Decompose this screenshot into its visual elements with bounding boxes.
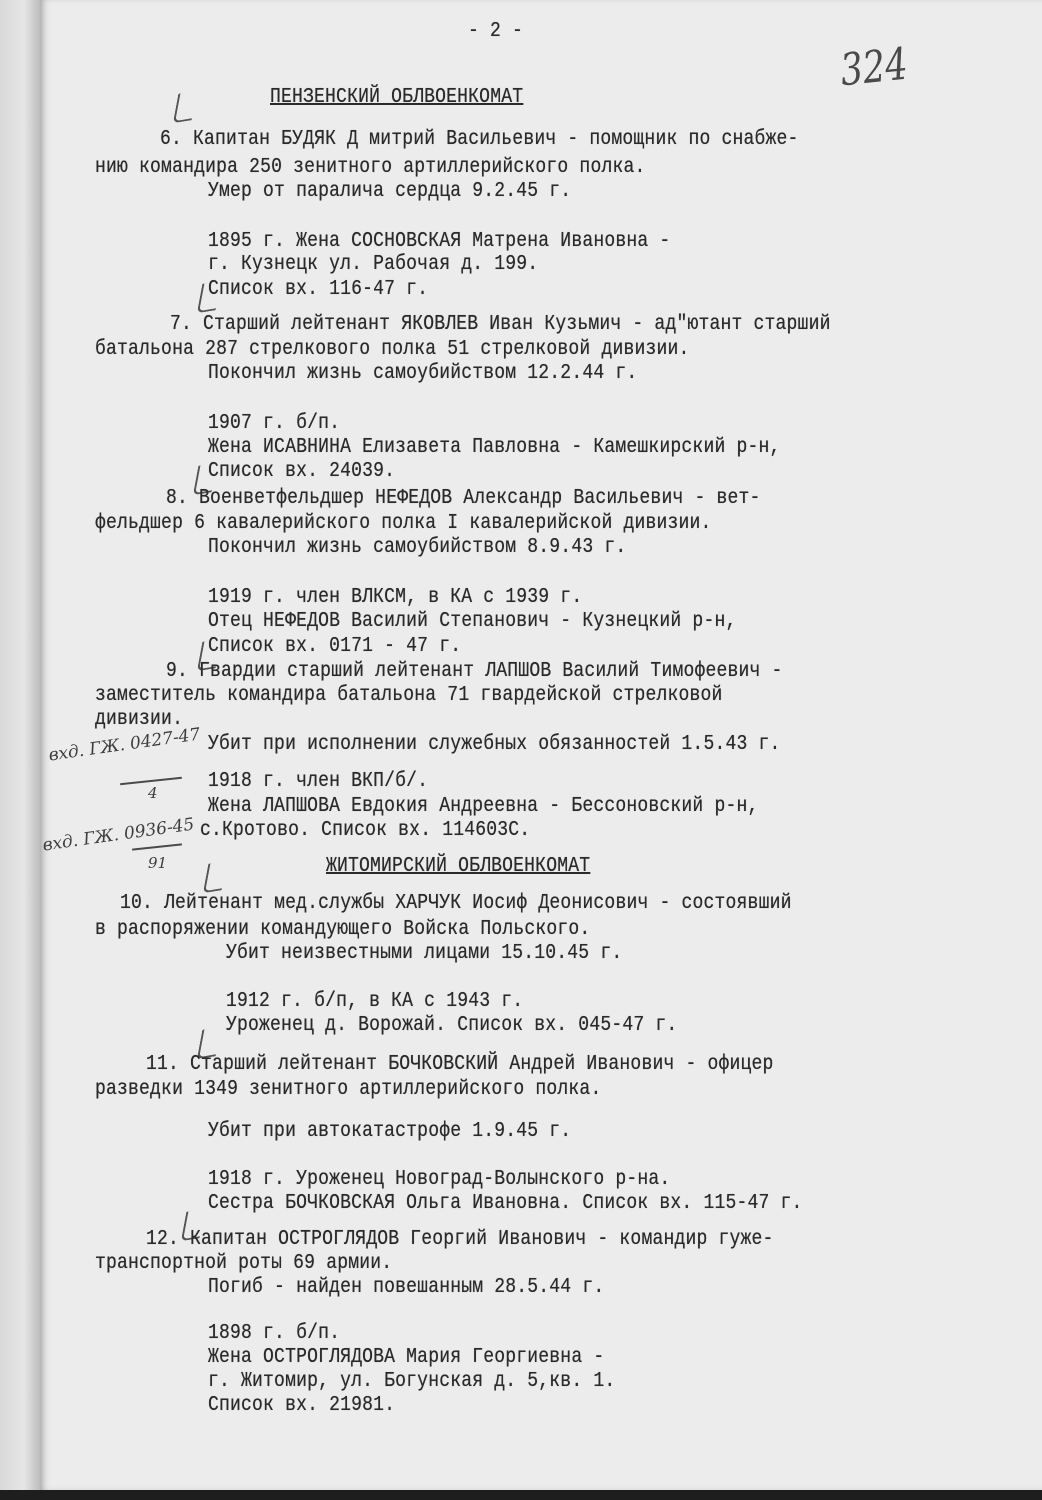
entry-8-line-5: Отец НЕФЕДОВ Василий Степанович - Кузнец… (208, 610, 736, 633)
entry-9-line-1: 9. Гвардии старший лейтенант ЛАПШОВ Васи… (166, 660, 783, 683)
entry-11-line-4: 1918 г. Уроженец Новоград-Волынского р-н… (208, 1168, 670, 1191)
entry-12-line-3: Погиб - найден повешанным 28.5.44 г. (208, 1276, 604, 1299)
entry-8-line-2: фельдшер 6 кавалерийского полка I кавале… (95, 512, 712, 535)
entry-6-line-6: Список вх. 116-47 г. (208, 278, 428, 301)
entry-6-line-5: г. Кузнецк ул. Рабочая д. 199. (208, 253, 538, 276)
entry-8-line-1: 8. Военветфельдшер НЕФЕДОВ Александр Вас… (166, 487, 761, 510)
margin-note-2-denominator: 91 (148, 854, 167, 872)
scan-bottom-edge (0, 1490, 1042, 1500)
entry-6-line-3: Умер от паралича сердца 9.2.45 г. (208, 180, 571, 203)
entry-11-line-3: Убит при автокатастрофе 1.9.45 г. (208, 1120, 571, 1143)
entry-12-line-6: г. Житомир, ул. Богунская д. 5,кв. 1. (208, 1370, 615, 1393)
section-heading-zhitomir: ЖИТОМИРСКИЙ ОБЛВОЕНКОМАТ (326, 855, 590, 878)
entry-9-line-2: заместитель командира батальона 71 гвард… (95, 684, 723, 707)
entry-11-line-1: 11. Старший лейтенант БОЧКОВСКИЙ Андрей … (146, 1053, 774, 1076)
margin-note-1-denominator: 4 (148, 784, 158, 802)
handwritten-folio-number: 324 (838, 39, 910, 97)
entry-7-line-4: 1907 г. б/п. (208, 412, 340, 435)
entry-9-line-6: Жена ЛАПШОВА Евдокия Андреевна - Бессоно… (208, 795, 758, 818)
entry-12-line-7: Список вх. 21981. (208, 1394, 395, 1417)
entry-7-line-2: батальона 287 стрелкового полка 51 стрел… (95, 338, 690, 361)
entry-11-line-5: Сестра БОЧКОВСКАЯ Ольга Ивановна. Список… (208, 1192, 803, 1215)
entry-7-line-6: Список вх. 24039. (208, 460, 395, 483)
entry-6-line-4: 1895 г. Жена СОСНОВСКАЯ Матрена Ивановна… (208, 230, 670, 253)
entry-6-line-1: 6. Капитан БУДЯК Д митрий Васильевич - п… (160, 128, 799, 151)
entry-12-line-5: Жена ОСТРОГЛЯДОВА Мария Георгиевна - (208, 1346, 604, 1369)
entry-9-line-4: Убит при исполнении служебных обязанност… (208, 733, 781, 756)
entry-8-line-4: 1919 г. член ВЛКСМ, в КА с 1939 г. (208, 586, 582, 609)
entry-12-line-1: 12. Капитан ОСТРОГЛЯДОВ Георгий Иванович… (146, 1228, 774, 1251)
book-binding-edge (0, 0, 40, 1490)
page-number: - 2 - (468, 20, 523, 43)
entry-7-line-5: Жена ИСАВНИНА Елизавета Павловна - Камеш… (208, 436, 781, 459)
entry-12-line-2: транспортной роты 69 армии. (95, 1252, 392, 1275)
entry-7-line-3: Покончил жизнь самоубийством 12.2.44 г. (208, 362, 637, 385)
section-heading-penza: ПЕНЗЕНСКИЙ ОБЛВОЕНКОМАТ (270, 86, 523, 109)
entry-10-line-3: Убит неизвестными лицами 15.10.45 г. (226, 942, 622, 965)
entry-9-line-7: с.Кротово. Список вх. 114603С. (200, 819, 530, 842)
entry-10-line-1: 10. Лейтенант мед.службы ХАРЧУК Иосиф Де… (120, 892, 792, 915)
entry-10-line-2: в распоряжении командующего Войска Польс… (95, 918, 590, 941)
entry-12-line-4: 1898 г. б/п. (208, 1322, 340, 1345)
entry-8-line-3: Покончил жизнь самоубийством 8.9.43 г. (208, 536, 626, 559)
entry-10-line-4: 1912 г. б/п, в КА с 1943 г. (226, 990, 523, 1013)
entry-6-line-2: нию командира 250 зенитного артиллерийск… (95, 156, 645, 179)
entry-7-line-1: 7. Старший лейтенант ЯКОВЛЕВ Иван Кузьми… (170, 313, 831, 336)
entry-9-line-5: 1918 г. член ВКП/б/. (208, 770, 428, 793)
entry-11-line-2: разведки 1349 зенитного артиллерийского … (95, 1078, 601, 1101)
entry-10-line-5: Уроженец д. Ворожай. Список вх. 045-47 г… (226, 1014, 677, 1037)
entry-8-line-6: Список вх. 0171 - 47 г. (208, 635, 461, 658)
